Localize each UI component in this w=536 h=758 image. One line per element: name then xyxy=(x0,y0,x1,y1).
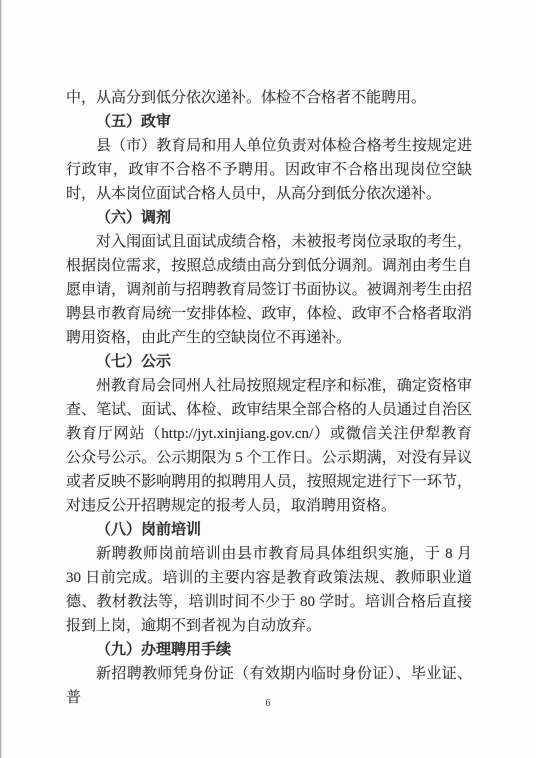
continuation-line: 中，从高分到低分依次递补。体检不合格者不能聘用。 xyxy=(66,86,472,110)
section-paragraph-7: 州教育局会同州人社局按照规定程序和标准，确定资格审查、笔试、面试、体检、政审结果… xyxy=(66,374,472,518)
scan-edge-artifact xyxy=(0,0,2,758)
section-heading-9: （九）办理聘用手续 xyxy=(66,638,472,662)
page-number: 6 xyxy=(0,698,536,709)
document-body: 中，从高分到低分依次递补。体检不合格者不能聘用。 （五）政审 县（市）教育局和用… xyxy=(66,86,472,710)
section-paragraph-6: 对入闱面试且面试成绩合格，未被报考岗位录取的考生，根据岗位需求，按照总成绩由高分… xyxy=(66,230,472,350)
section-heading-5: （五）政审 xyxy=(66,110,472,134)
section-heading-7: （七）公示 xyxy=(66,350,472,374)
section-heading-6: （六）调剂 xyxy=(66,206,472,230)
section-heading-8: （八）岗前培训 xyxy=(66,518,472,542)
section-paragraph-8: 新聘教师岗前培训由县市教育局具体组织实施，于 8 月 30 日前完成。培训的主要… xyxy=(66,542,472,638)
section-paragraph-5: 县（市）教育局和用人单位负责对体检合格考生按规定进行政审，政审不合格不予聘用。因… xyxy=(66,134,472,206)
document-page: 中，从高分到低分依次递补。体检不合格者不能聘用。 （五）政审 县（市）教育局和用… xyxy=(0,0,536,758)
